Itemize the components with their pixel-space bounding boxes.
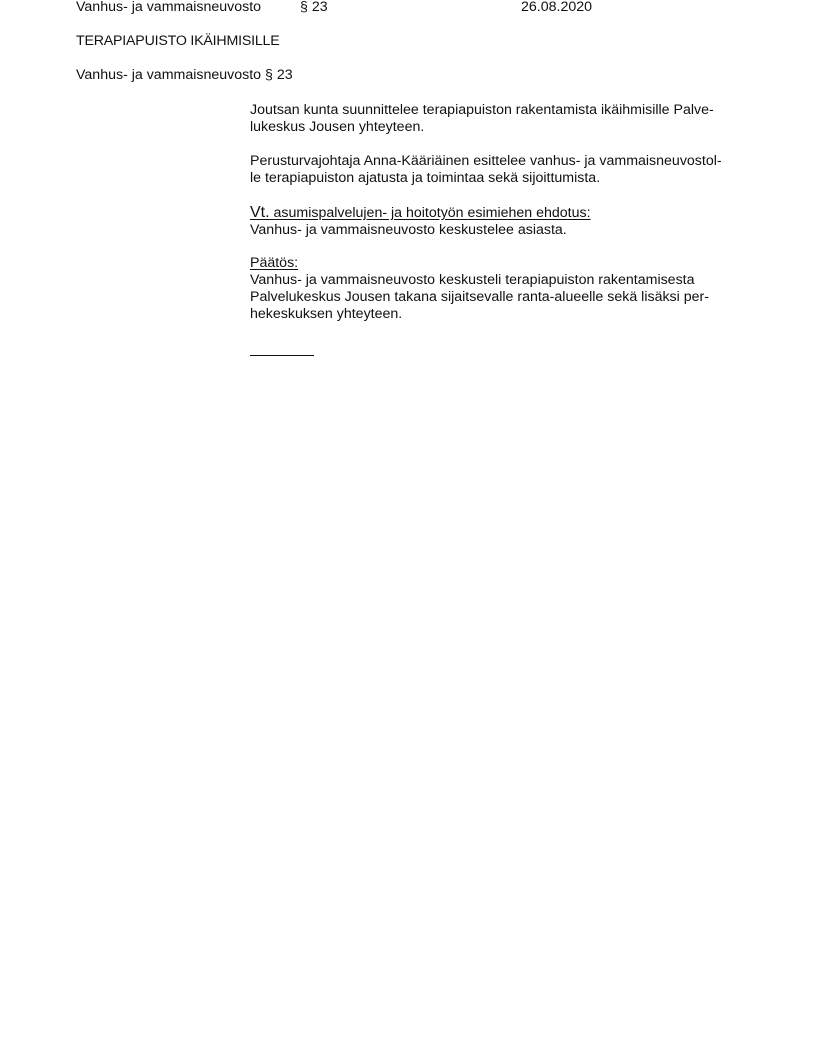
- decision-line: Vanhus- ja vammaisneuvosto keskusteli te…: [250, 272, 750, 289]
- decision-heading: Päätös:: [250, 255, 750, 272]
- proposal-heading-text: asumispalvelujen- ja hoitotyön esimiehen…: [270, 205, 591, 221]
- decision-line: hekeskuksen yhteyteen.: [250, 306, 750, 323]
- paragraph-line: lukeskus Jousen yhteyteen.: [250, 119, 750, 136]
- header-organization: Vanhus- ja vammaisneuvosto: [76, 0, 261, 16]
- proposal-heading-prefix: Vt.: [250, 204, 270, 221]
- paragraph-line: Perusturvajohtaja Anna-Kääriäinen esitte…: [250, 153, 750, 170]
- section-subheading: Vanhus- ja vammaisneuvosto § 23: [76, 67, 293, 84]
- decision-line: Palvelukeskus Jousen takana sijaitsevall…: [250, 289, 750, 306]
- paragraph-presentation: Perusturvajohtaja Anna-Kääriäinen esitte…: [250, 153, 750, 187]
- proposal-heading: Vt. asumispalvelujen- ja hoitotyön esimi…: [250, 204, 750, 222]
- document-title: TERAPIAPUISTO IKÄIHMISILLE: [76, 33, 279, 50]
- proposal-section: Vt. asumispalvelujen- ja hoitotyön esimi…: [250, 204, 750, 239]
- paragraph-intro: Joutsan kunta suunnittelee terapiapuisto…: [250, 102, 750, 136]
- signature-divider: [250, 355, 314, 356]
- proposal-text: Vanhus- ja vammaisneuvosto keskustelee a…: [250, 222, 750, 239]
- paragraph-line: Joutsan kunta suunnittelee terapiapuisto…: [250, 102, 750, 119]
- decision-section: Päätös: Vanhus- ja vammaisneuvosto kesku…: [250, 255, 750, 323]
- header-date: 26.08.2020: [521, 0, 592, 16]
- header-section-number: § 23: [300, 0, 328, 16]
- paragraph-line: le terapiapuiston ajatusta ja toimintaa …: [250, 170, 750, 187]
